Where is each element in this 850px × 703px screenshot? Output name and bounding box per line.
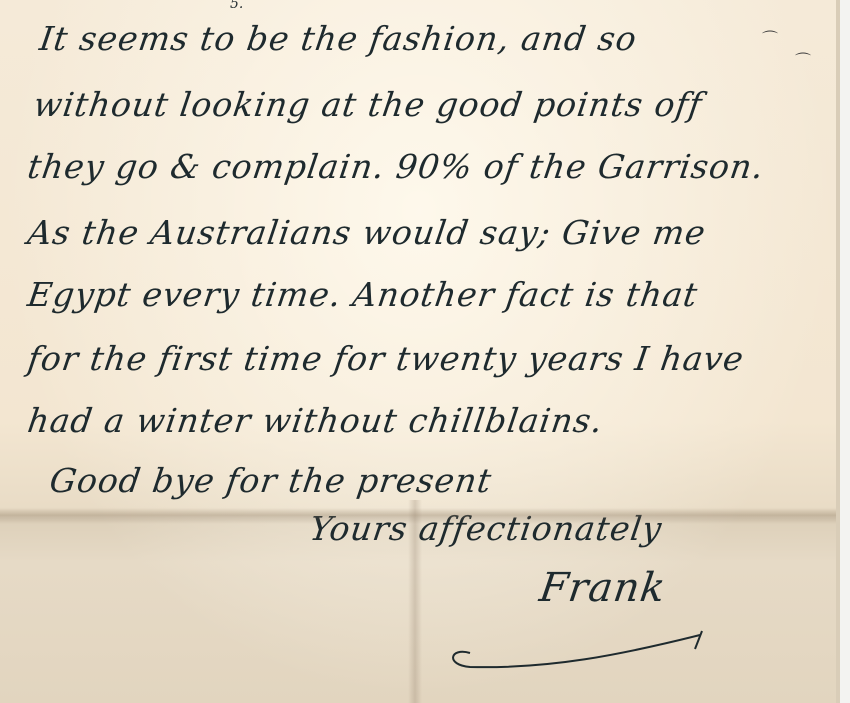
letter-line-5: Egypt every time. Another fact is that [26, 278, 700, 311]
page-number: 5. [230, 0, 243, 12]
signature: Frank [537, 568, 668, 608]
closing-line: Yours affectionately [308, 512, 665, 545]
letter-line-8: Good bye for the present [48, 464, 494, 497]
letter-line-6: for the first time for twenty years I ha… [26, 342, 747, 375]
letter-line-2: without looking at the good points off [32, 88, 705, 121]
pin-hole-mark: ⌒ [795, 48, 811, 71]
letter-line-4: As the Australians would say; Give me [26, 216, 708, 249]
letter-page: 5. ⌒ ⌒ It seems to be the fashion, and s… [0, 0, 838, 703]
pin-hole-mark: ⌒ [762, 26, 778, 49]
letter-line-3: they go & complain. 90% of the Garrison. [26, 150, 767, 183]
page-edge [836, 0, 840, 703]
letter-line-7: had a winter without chillblains. [26, 404, 606, 437]
signature-flourish [440, 625, 720, 685]
letter-line-1: It seems to be the fashion, and so [38, 22, 640, 55]
